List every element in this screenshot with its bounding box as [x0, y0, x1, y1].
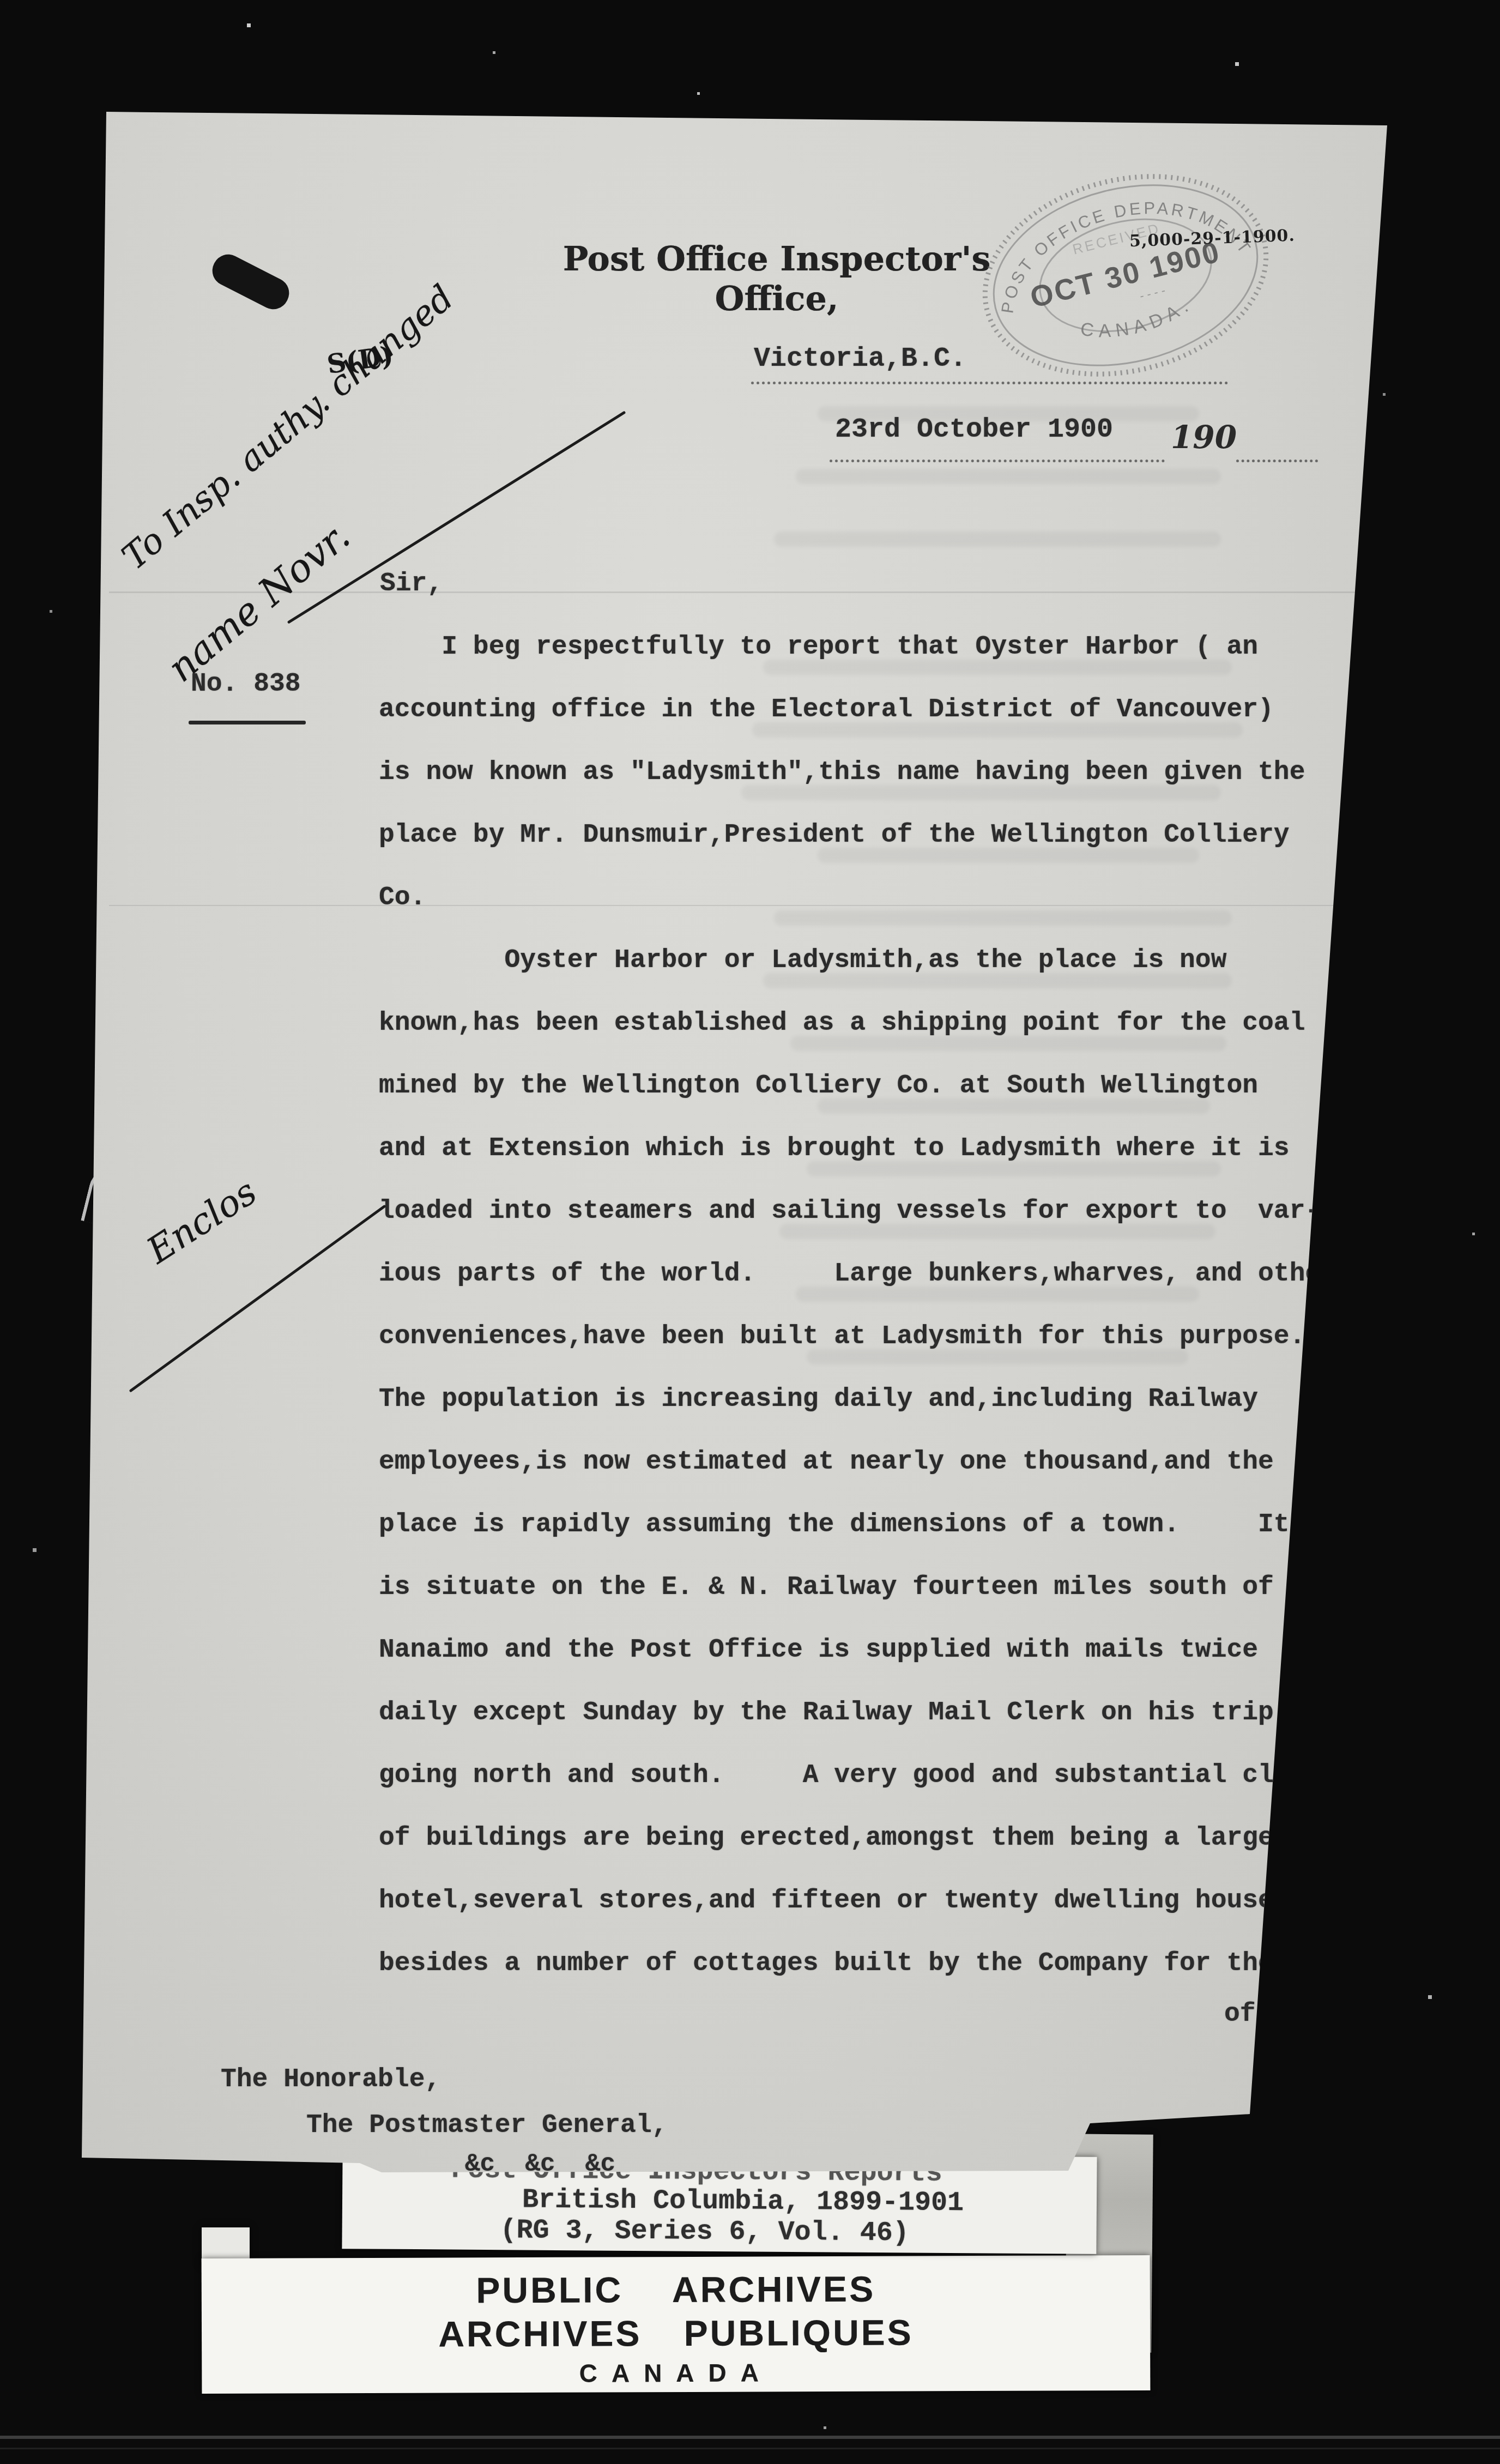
- archives-label-line-en: PUBLIC ARCHIVES: [202, 2267, 1150, 2312]
- film-edge-line-2: [0, 2448, 1500, 2449]
- archives-label-line-fr: ARCHIVES PUBLIQUES: [202, 2311, 1150, 2356]
- film-edge-line: [0, 2436, 1500, 2439]
- bleed-through: [774, 532, 1221, 547]
- handwritten-routing-note-line2: name Novr.: [159, 514, 358, 691]
- date-rule-tail: [1236, 460, 1318, 462]
- date-rule: [830, 460, 1165, 462]
- letter-body: I beg respectfully to report that Oyster…: [379, 616, 1336, 1995]
- bleed-through: [796, 469, 1221, 484]
- file-number: No. 838: [191, 669, 301, 699]
- archives-label-line-canada: CANADA: [202, 2357, 1150, 2389]
- stamp-bottom-text: CANADA.: [1075, 292, 1200, 352]
- printed-year-prefix: 190: [1171, 419, 1237, 456]
- addressee-postmaster-general: The Postmaster General,: [306, 2111, 668, 2140]
- microfilm-scan: PUBLIC ARCHIVES ARCHIVES PUBLIQUES CANAD…: [0, 0, 1500, 2464]
- letterhead-office-name: Post Office Inspector's Office,: [534, 239, 1019, 318]
- svg-text:CANADA.: CANADA.: [1075, 292, 1200, 352]
- file-number-underline: [189, 721, 306, 724]
- ink-blot: [207, 249, 294, 315]
- reference-slip-region: British Columbia, 1899-1901: [522, 2184, 964, 2219]
- handwritten-routing-note-line1: To Insp. authy. changed: [114, 277, 461, 578]
- catchword: of: [1224, 2000, 1256, 2029]
- letter-date: 23rd October 1900: [835, 414, 1113, 445]
- received-stamp: POST OFFICE DEPARTMENT RECEIVED OCT 30 1…: [967, 158, 1284, 392]
- letterhead-location: Victoria,B.C.: [754, 343, 966, 375]
- letter-sheet: To Insp. authy. changed name Novr. S(D) …: [0, 0, 1500, 2464]
- handwritten-initials: S(D): [325, 341, 395, 380]
- reference-slip-citation: (RG 3, Series 6, Vol. 46): [500, 2215, 909, 2249]
- addressee-honorable: The Honorable,: [221, 2065, 440, 2094]
- enclosure-margin-note: Enclos: [140, 1170, 264, 1272]
- salutation: Sir,: [380, 569, 443, 599]
- public-archives-label: PUBLIC ARCHIVES ARCHIVES PUBLIQUES CANAD…: [202, 2255, 1151, 2394]
- dust-specks: [0, 0, 2, 2]
